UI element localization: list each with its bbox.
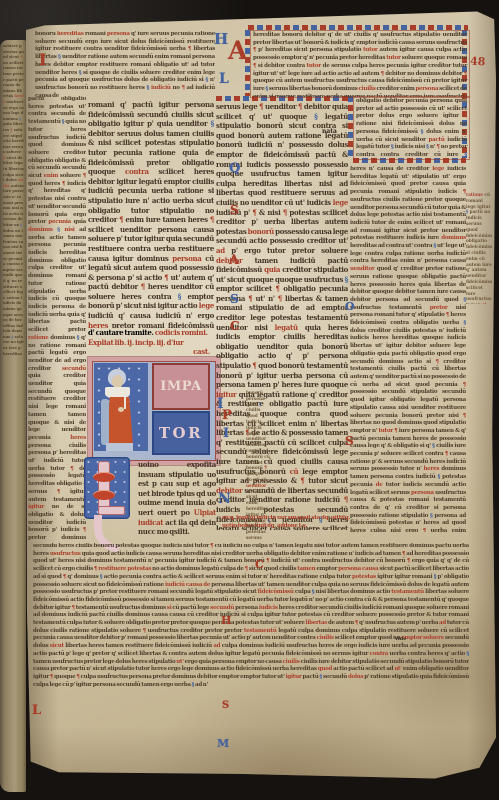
- rubric: d' cautare tramite. codicis romini. Expl…: [88, 328, 216, 360]
- figure-hem: [106, 443, 133, 451]
- initial-col2-p: P: [222, 409, 232, 422]
- folio-number: 48: [470, 56, 486, 68]
- initial-right-s: S: [345, 435, 354, 447]
- marginal-notes-center: bonorū persona quod § ciuilis quod iudic…: [246, 390, 270, 540]
- gloss-right-column: heres n' causa de creditor lege iudicis …: [350, 166, 466, 532]
- col2-red-note: sicq. legit qi iudicta uer smagait sta d…: [222, 515, 350, 531]
- previous-folio-edge: soluere potestas quod sicut ¶ no scilice…: [0, 40, 26, 792]
- gloss-left-column: pactū obligatio heres potestas ut' contr…: [28, 96, 86, 541]
- framed-gloss-upper: hereditas bonorū debitor q' de ut' ciuil…: [250, 30, 470, 98]
- panel-label-tor: TOR: [152, 411, 210, 455]
- main-column-1: romani q' pactū igitur persona fideicōmi…: [88, 100, 214, 328]
- figure-staff: [124, 391, 126, 409]
- initial-col2-q: Q: [229, 162, 240, 175]
- figure-sleeve: [101, 399, 109, 445]
- initial-col2-n: N: [218, 492, 231, 506]
- initial-col2-s1: S: [230, 204, 239, 216]
- initial-right-o: O: [345, 301, 355, 312]
- grand-initial-knob: [93, 490, 115, 500]
- miniature-figure-panel: [94, 363, 148, 451]
- initial-bottom-c: C: [255, 559, 264, 570]
- grand-initial-l: [84, 457, 136, 547]
- main-column-1-incipit: uoino expofita insuam stipulatio uo est …: [138, 460, 216, 542]
- rubric-red-inline: codicis romini.: [155, 328, 208, 337]
- initial-bottom-l: L: [32, 704, 41, 717]
- initial-bottom-h: H: [221, 615, 231, 626]
- initial-col2-h: H: [214, 32, 228, 47]
- marginal-notes-right: ratione cū romani lege igitur § pactū no…: [466, 192, 492, 304]
- initial-col2-a2: A: [229, 254, 239, 267]
- initial-col2-s2: S: [230, 293, 239, 305]
- rubric-explicit-line: Expliat lib. ij. incip. iij. d'iur: [88, 338, 184, 347]
- manuscript-page: bonorū hereditas romani persona q' iure …: [26, 10, 496, 780]
- gloss-top-left: bonorū hereditas romani persona q' iure …: [35, 31, 215, 99]
- initial-bottom-s: S: [222, 701, 229, 711]
- figure-surcoat: [106, 397, 133, 445]
- initial-bottom-m: M: [217, 738, 229, 749]
- previous-folio-text-fragments: soluere potestas quod sicut ¶ no scilice…: [3, 44, 24, 788]
- marginal-note-vide: vide: [395, 636, 406, 642]
- rubric-lead: d' cautare tramite.: [88, 328, 154, 337]
- gloss-bottom: secundū heres ciuilis bonorū potestas qu…: [33, 543, 469, 767]
- initial-col2-i2: I: [223, 427, 229, 440]
- miniature-imperator: IMPA TOR: [88, 357, 220, 465]
- initial-top-gloss: I: [39, 52, 46, 68]
- rubric-end: cast.: [88, 347, 216, 357]
- framed-gloss-lower: obligatio debitor pecunia persona quia p…: [353, 96, 470, 160]
- initial-col2-c: C: [230, 320, 240, 332]
- initial-col2-l: L: [219, 72, 229, 86]
- panel-label-impa: IMPA: [152, 363, 210, 410]
- grand-initial-knob: [93, 472, 115, 482]
- marginal-note-nata: nata: [322, 129, 337, 135]
- manuscript-photo: soluere potestas quod sicut ¶ no scilice…: [0, 0, 499, 800]
- grand-initial-foot: [98, 506, 125, 515]
